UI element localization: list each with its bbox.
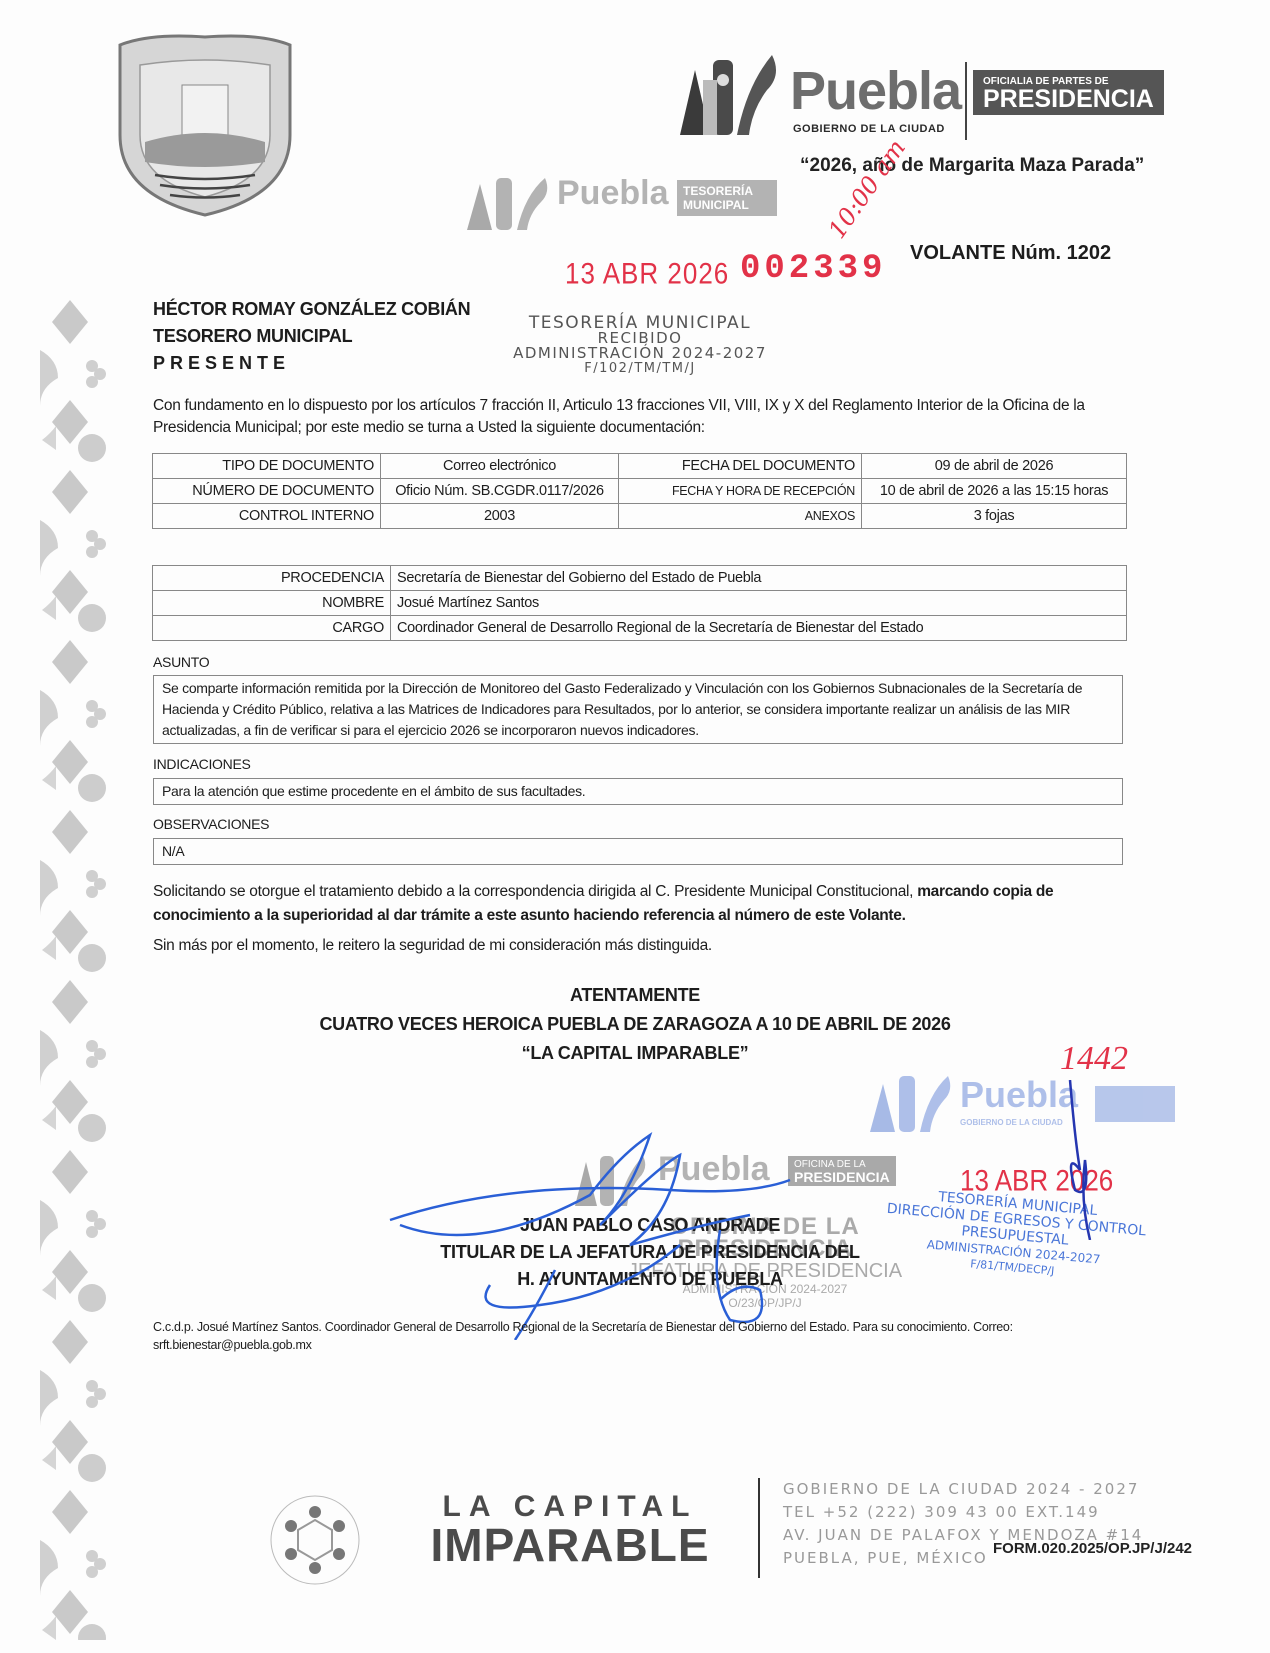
table-row: TIPO DE DOCUMENTO Correo electrónico FEC…: [153, 454, 1127, 479]
coat-of-arms-logo: [100, 30, 310, 220]
imparable-line: IMPARABLE: [420, 1524, 720, 1566]
gobierno-label: GOBIERNO DE LA CIUDAD: [793, 123, 945, 135]
asunto-label: ASUNTO: [153, 654, 209, 670]
closing-block: ATENTAMENTE CUATRO VECES HEROICA PUEBLA …: [150, 981, 1120, 1068]
observaciones-label: OBSERVACIONES: [153, 816, 269, 832]
farewell-text: Sin más por el momento, le reitero la se…: [153, 935, 1128, 957]
table-row: NOMBRE Josué Martínez Santos: [153, 591, 1127, 616]
footer-line: TEL +52 (222) 309 43 00 EXT.149: [783, 1501, 1183, 1524]
cell-label: PROCEDENCIA: [153, 566, 391, 591]
closing-line: “LA CAPITAL IMPARABLE”: [150, 1039, 1120, 1068]
cell-value: 10 de abril de 2026 a las 15:15 horas: [862, 479, 1127, 504]
tesoreria-badge: TESORERÍA MUNICIPAL: [677, 180, 777, 216]
closing-line: CUATRO VECES HEROICA PUEBLA DE ZARAGOZA …: [150, 1010, 1120, 1039]
indicaciones-label: INDICACIONES: [153, 756, 251, 772]
cell-label: NÚMERO DE DOCUMENTO: [153, 479, 381, 504]
addressee-name: HÉCTOR ROMAY GONZÁLEZ COBIÁN: [153, 296, 470, 323]
addressee-position: TESORERO MUNICIPAL: [153, 323, 470, 350]
puebla-wordmark: Puebla: [557, 174, 668, 213]
stamp-line: ADMINISTRACIÓN 2024-2027: [505, 346, 775, 361]
indicaciones-text: Para la atención que estime procedente e…: [153, 778, 1123, 805]
document-details-table: TIPO DE DOCUMENTO Correo electrónico FEC…: [152, 453, 1127, 529]
igualdad-laboral-seal: [265, 1490, 365, 1590]
sender-details-table: PROCEDENCIA Secretaría de Bienestar del …: [152, 565, 1127, 641]
cell-value: Josué Martínez Santos: [391, 591, 1127, 616]
cell-value: Secretaría de Bienestar del Gobierno del…: [391, 566, 1127, 591]
table-row: NÚMERO DE DOCUMENTO Oficio Núm. SB.CGDR.…: [153, 479, 1127, 504]
table-row: CONTROL INTERNO 2003 ANEXOS 3 fojas: [153, 504, 1127, 529]
closing-line: ATENTAMENTE: [150, 981, 1120, 1010]
presidencia-badge: OFICIALIA DE PARTES DE PRESIDENCIA: [973, 70, 1164, 115]
puebla-landmark-icon: [675, 50, 785, 140]
table-row: PROCEDENCIA Secretaría de Bienestar del …: [153, 566, 1127, 591]
tesoreria-logo-stamp: Puebla TESORERÍA MUNICIPAL: [462, 172, 822, 234]
cell-value: Correo electrónico: [381, 454, 619, 479]
cell-label: CONTROL INTERNO: [153, 504, 381, 529]
table-row: CARGO Coordinador General de Desarrollo …: [153, 616, 1127, 641]
cell-label: ANEXOS: [619, 504, 862, 529]
gobierno-label: GOBIERNO DE LA CIUDAD: [960, 1118, 1063, 1127]
puebla-wordmark: Puebla: [790, 60, 961, 122]
request-paragraph: Solicitando se otorgue el tratamiento de…: [153, 880, 1128, 928]
footer-divider: [758, 1478, 760, 1578]
asunto-text: Se comparte información remitida por la …: [153, 675, 1123, 744]
year-motto: “2026, año de Margarita Maza Parada”: [800, 155, 1144, 177]
initials-mark: [1050, 1080, 1110, 1240]
presidencia-label: PRESIDENCIA: [983, 87, 1154, 111]
folio-number-stamp: 002339: [740, 250, 886, 288]
cell-label: FECHA Y HORA DE RECEPCIÓN: [619, 479, 862, 504]
cell-label: TIPO DE DOCUMENTO: [153, 454, 381, 479]
tesoreria-blue-logo-stamp: Puebla GOBIERNO DE LA CIUDAD: [865, 1070, 1195, 1140]
cell-value: Oficio Núm. SB.CGDR.0117/2026: [381, 479, 619, 504]
request-text: Solicitando se otorgue el tratamiento de…: [153, 883, 917, 900]
handwritten-time: 10:00 am: [823, 134, 911, 243]
cell-value: Coordinador General de Desarrollo Region…: [391, 616, 1127, 641]
handwritten-signature: [380, 1120, 900, 1340]
cell-label: FECHA DEL DOCUMENTO: [619, 454, 862, 479]
stamp-line: F/102/TM/TM/J: [505, 361, 775, 376]
cell-value: 09 de abril de 2026: [862, 454, 1127, 479]
cell-value: 3 fojas: [862, 504, 1127, 529]
puebla-presidencia-logo: Puebla GOBIERNO DE LA CIUDAD OFICIALIA D…: [675, 50, 1195, 150]
form-code: FORM.020.2025/OP.JP/J/242: [993, 1540, 1192, 1557]
presente-label: PRESENTE: [153, 350, 470, 377]
cell-label: NOMBRE: [153, 591, 391, 616]
decorative-border-ornament: [30, 300, 110, 1640]
recibido-stamp: TESORERÍA MUNICIPAL RECIBIDO ADMINISTRAC…: [505, 316, 775, 376]
volante-number: VOLANTE Núm. 1202: [910, 242, 1111, 265]
cell-label: CARGO: [153, 616, 391, 641]
ccp-note: C.c.d.p. Josué Martínez Santos. Coordina…: [153, 1318, 1113, 1354]
observaciones-text: N/A: [153, 838, 1123, 865]
intro-paragraph: Con fundamento en lo dispuesto por los a…: [153, 395, 1128, 439]
addressee-block: HÉCTOR ROMAY GONZÁLEZ COBIÁN TESORERO MU…: [153, 296, 470, 377]
la-capital-imparable-logo: LA CAPITAL IMPARABLE: [420, 1490, 720, 1566]
cell-value: 2003: [381, 504, 619, 529]
puebla-landmark-icon: [462, 172, 552, 232]
received-date-stamp: 13 ABR 2026: [565, 256, 729, 292]
footer-line: GOBIERNO DE LA CIUDAD 2024 - 2027: [783, 1478, 1183, 1501]
